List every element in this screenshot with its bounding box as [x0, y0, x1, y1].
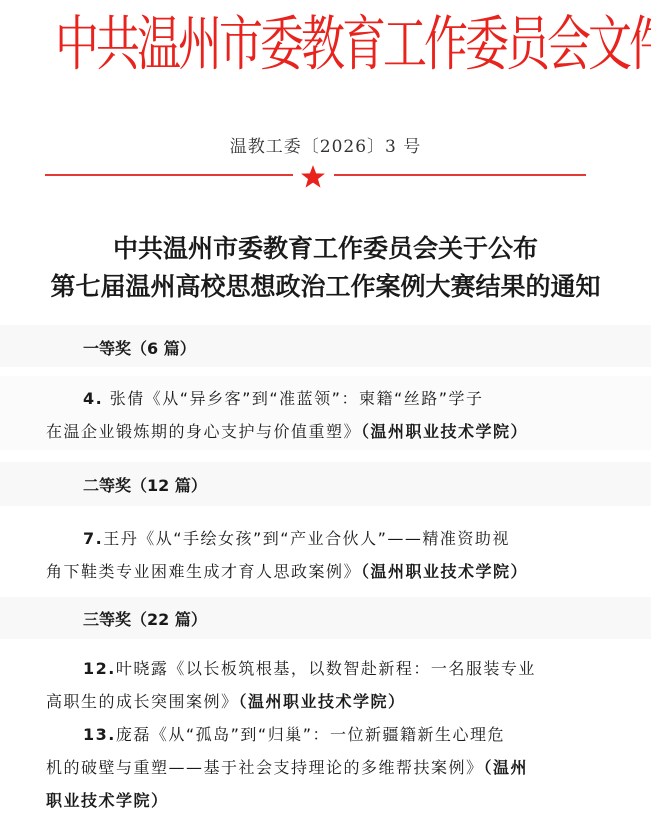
section-heading-second-prize: 二等奖（12 篇）	[83, 473, 207, 496]
red-rule-left	[45, 174, 293, 176]
entry-text-cont: 角下鞋类专业困难生成才育人思政案例》	[46, 562, 361, 581]
entry-text: 张倩《从“异乡客”到“准蓝领”：柬籍“丝路”学子	[103, 389, 483, 408]
award-entry: 13.庞磊《从“孤岛”到“归巢”：一位新疆籍新生心理危 机的破壁与重塑——基于社…	[46, 718, 586, 817]
star-icon	[300, 164, 326, 190]
section-heading-third-prize: 三等奖（22 篇）	[83, 607, 207, 630]
entry-text-cont: 机的破壁与重塑——基于社会支持理论的多维帮扶案例》	[46, 758, 484, 777]
entry-number: 13.	[83, 725, 116, 744]
entry-number: 7.	[83, 529, 103, 548]
entry-number: 4.	[83, 389, 103, 408]
notice-title: 中共温州市委教育工作委员会关于公布 第七届温州高校思想政治工作案例大赛结果的通知	[0, 230, 651, 306]
red-rule-right	[334, 174, 586, 176]
entry-text-cont: 在温企业锻炼期的身心支护与价值重塑》	[46, 422, 361, 441]
entry-text: 叶晓露《以长板筑根基，以数智赴新程：一名服装专业	[116, 659, 536, 678]
masthead: 中共温州市委教育工作委员会文件	[0, 0, 651, 100]
entry-organization: （温州职业技术学院）	[239, 692, 406, 711]
award-entry: 4. 张倩《从“异乡客”到“准蓝领”：柬籍“丝路”学子 在温企业锻炼期的身心支护…	[46, 382, 586, 448]
entry-organization: （温州职业技术学院）	[361, 562, 528, 581]
masthead-title: 中共温州市委教育工作委员会文件	[55, 12, 575, 80]
entry-text-cont: 高职生的成长突围案例》	[46, 692, 239, 711]
award-entry: 12.叶晓露《以长板筑根基，以数智赴新程：一名服装专业 高职生的成长突围案例》（…	[46, 652, 586, 718]
entry-text: 庞磊《从“孤岛”到“归巢”：一位新疆籍新生心理危	[116, 725, 505, 744]
entry-organization: （温州	[484, 758, 529, 777]
award-entry: 7.王丹《从“手绘女孩”到“产业合伙人”——精准资助视 角下鞋类专业困难生成才育…	[46, 522, 586, 588]
entry-organization: （温州职业技术学院）	[361, 422, 528, 441]
entry-organization-cont: 职业技术学院）	[46, 791, 169, 810]
entry-text: 王丹《从“手绘女孩”到“产业合伙人”——精准资助视	[103, 529, 510, 548]
document-number: 温教工委〔2026〕3 号	[0, 132, 651, 157]
notice-title-line-1: 中共温州市委教育工作委员会关于公布	[0, 230, 651, 268]
notice-title-line-2: 第七届温州高校思想政治工作案例大赛结果的通知	[0, 268, 651, 306]
section-heading-first-prize: 一等奖（6 篇）	[83, 336, 196, 359]
entry-number: 12.	[83, 659, 116, 678]
